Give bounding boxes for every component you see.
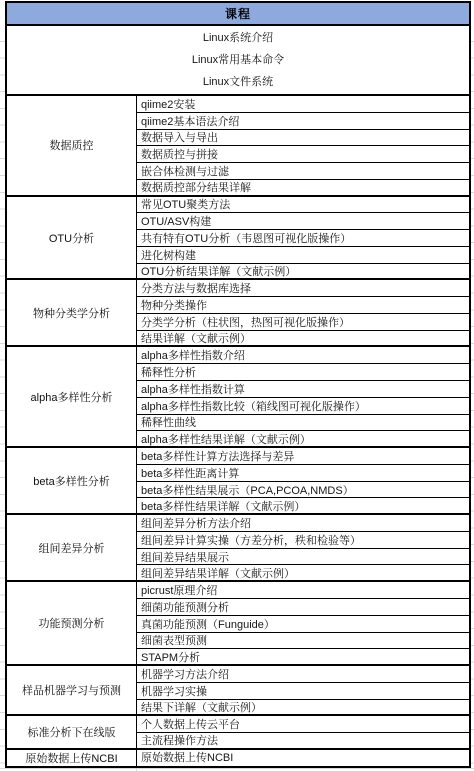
course-section: 标准分析下在线版 个人数据上传云平台 主流程操作方法 bbox=[7, 716, 469, 750]
category-cell[interactable]: 物种分类学分析 bbox=[7, 280, 137, 345]
item-cell[interactable]: beta多样性距离计算 bbox=[137, 465, 469, 482]
intro-line: Linux常用基本命令 bbox=[192, 49, 284, 71]
course-section: 原始数据上传NCBI 原始数据上传NCBI bbox=[7, 750, 469, 766]
item-cell[interactable]: beta多样性结果详解（文献示例） bbox=[137, 498, 469, 513]
item-cell[interactable]: 分类方法与数据库选择 bbox=[137, 280, 469, 297]
item-cell[interactable]: 常见OTU聚类方法 bbox=[137, 197, 469, 214]
category-cell[interactable]: beta多样性分析 bbox=[7, 448, 137, 513]
section-items: beta多样性计算方法选择与差异 beta多样性距离计算 beta多样性结果展示… bbox=[137, 448, 469, 513]
item-cell[interactable]: qiime2基本语法介绍 bbox=[137, 113, 469, 130]
item-cell[interactable]: 分类学分析（柱状图，热图可视化版操作） bbox=[137, 314, 469, 331]
section-items: qiime2安装 qiime2基本语法介绍 数据导入与导出 数据质控与拼接 嵌合… bbox=[137, 96, 469, 195]
category-cell[interactable]: 功能预测分析 bbox=[7, 582, 137, 664]
category-cell[interactable]: 样品机器学习与预测 bbox=[7, 666, 137, 714]
section-items: 原始数据上传NCBI bbox=[137, 750, 469, 766]
category-cell[interactable]: alpha多样性分析 bbox=[7, 347, 137, 446]
item-cell[interactable]: 机器学习实操 bbox=[137, 683, 469, 700]
item-cell[interactable]: 组间差异结果详解（文献示例） bbox=[137, 565, 469, 580]
course-section: 样品机器学习与预测 机器学习方法介绍 机器学习实操 结果下详解（文献示例） bbox=[7, 666, 469, 716]
category-cell[interactable]: 数据质控 bbox=[7, 96, 137, 195]
margin-gridline-bottom bbox=[0, 768, 474, 769]
course-section: 数据质控 qiime2安装 qiime2基本语法介绍 数据导入与导出 数据质控与… bbox=[7, 96, 469, 197]
item-cell[interactable]: 细菌功能预测分析 bbox=[137, 599, 469, 616]
intro-line: Linux文件系统 bbox=[203, 71, 273, 93]
item-cell[interactable]: 真菌功能预测（Funguide） bbox=[137, 616, 469, 633]
section-items: 组间差异分析方法介绍 组间差异计算实操（方差分析，秩和检验等） 组间差异结果展示… bbox=[137, 515, 469, 580]
item-cell[interactable]: 稀释性曲线 bbox=[137, 415, 469, 432]
course-section: alpha多样性分析 alpha多样性指数介绍 稀释性分析 alpha多样性指数… bbox=[7, 347, 469, 448]
item-cell[interactable]: 主流程操作方法 bbox=[137, 733, 469, 748]
sections: 数据质控 qiime2安装 qiime2基本语法介绍 数据导入与导出 数据质控与… bbox=[7, 96, 469, 766]
item-cell[interactable]: OTU/ASV构建 bbox=[137, 213, 469, 230]
section-items: 机器学习方法介绍 机器学习实操 结果下详解（文献示例） bbox=[137, 666, 469, 714]
item-cell[interactable]: beta多样性计算方法选择与差异 bbox=[137, 448, 469, 465]
item-cell[interactable]: 结果详解（文献示例） bbox=[137, 331, 469, 346]
course-table: 课程 Linux系统介绍Linux常用基本命令Linux文件系统 数据质控 qi… bbox=[5, 1, 471, 768]
spreadsheet-canvas: 课程 Linux系统介绍Linux常用基本命令Linux文件系统 数据质控 qi… bbox=[0, 0, 474, 771]
category-cell[interactable]: OTU分析 bbox=[7, 197, 137, 279]
item-cell[interactable]: 嵌合体检测与过滤 bbox=[137, 163, 469, 180]
item-cell[interactable]: alpha多样性指数介绍 bbox=[137, 347, 469, 364]
course-section: 功能预测分析 picrust原理介绍 细菌功能预测分析 真菌功能预测（Fungu… bbox=[7, 582, 469, 666]
item-cell[interactable]: 数据质控与拼接 bbox=[137, 146, 469, 163]
section-items: 常见OTU聚类方法 OTU/ASV构建 共有特有OTU分析（韦恩图可视化版操作）… bbox=[137, 197, 469, 279]
item-cell[interactable]: 进化树构建 bbox=[137, 247, 469, 264]
item-cell[interactable]: qiime2安装 bbox=[137, 96, 469, 113]
item-cell[interactable]: beta多样性结果展示（PCA,PCOA,NMDS） bbox=[137, 482, 469, 499]
intro-line: Linux系统介绍 bbox=[203, 27, 273, 49]
item-cell[interactable]: 数据导入与导出 bbox=[137, 130, 469, 147]
section-items: picrust原理介绍 细菌功能预测分析 真菌功能预测（Funguide） 细菌… bbox=[137, 582, 469, 664]
item-cell[interactable]: OTU分析结果详解（文献示例） bbox=[137, 264, 469, 279]
section-items: 个人数据上传云平台 主流程操作方法 bbox=[137, 716, 469, 748]
item-cell[interactable]: alpha多样性指数计算 bbox=[137, 381, 469, 398]
item-cell[interactable]: 组间差异结果展示 bbox=[137, 549, 469, 566]
section-items: alpha多样性指数介绍 稀释性分析 alpha多样性指数计算 alpha多样性… bbox=[137, 347, 469, 446]
item-cell[interactable]: alpha多样性结果详解（文献示例） bbox=[137, 431, 469, 446]
course-section: 组间差异分析 组间差异分析方法介绍 组间差异计算实操（方差分析，秩和检验等） 组… bbox=[7, 515, 469, 582]
item-cell[interactable]: picrust原理介绍 bbox=[137, 582, 469, 599]
item-cell[interactable]: 组间差异分析方法介绍 bbox=[137, 515, 469, 532]
item-cell[interactable]: 物种分类操作 bbox=[137, 297, 469, 314]
intro-cell[interactable]: Linux系统介绍Linux常用基本命令Linux文件系统 bbox=[7, 26, 469, 96]
section-items: 分类方法与数据库选择 物种分类操作 分类学分析（柱状图，热图可视化版操作） 结果… bbox=[137, 280, 469, 345]
course-section: OTU分析 常见OTU聚类方法 OTU/ASV构建 共有特有OTU分析（韦恩图可… bbox=[7, 197, 469, 281]
item-cell[interactable]: 结果下详解（文献示例） bbox=[137, 700, 469, 715]
course-section: 物种分类学分析 分类方法与数据库选择 物种分类操作 分类学分析（柱状图，热图可视… bbox=[7, 280, 469, 347]
table-header-cell[interactable]: 课程 bbox=[7, 3, 469, 26]
item-cell[interactable]: 细菌表型预测 bbox=[137, 633, 469, 650]
item-cell[interactable]: 数据质控部分结果详解 bbox=[137, 180, 469, 195]
item-cell[interactable]: 稀释性分析 bbox=[137, 364, 469, 381]
item-cell[interactable]: 机器学习方法介绍 bbox=[137, 666, 469, 683]
item-cell[interactable]: 组间差异计算实操（方差分析，秩和检验等） bbox=[137, 532, 469, 549]
course-section: beta多样性分析 beta多样性计算方法选择与差异 beta多样性距离计算 b… bbox=[7, 448, 469, 515]
item-cell[interactable]: 个人数据上传云平台 bbox=[137, 716, 469, 733]
item-cell[interactable]: 共有特有OTU分析（韦恩图可视化版操作） bbox=[137, 230, 469, 247]
category-cell[interactable]: 标准分析下在线版 bbox=[7, 716, 137, 748]
item-cell[interactable]: alpha多样性指数比较（箱线图可视化版操作） bbox=[137, 398, 469, 415]
item-cell[interactable]: 原始数据上传NCBI bbox=[137, 750, 469, 765]
category-cell[interactable]: 原始数据上传NCBI bbox=[7, 750, 137, 766]
category-cell[interactable]: 组间差异分析 bbox=[7, 515, 137, 580]
item-cell[interactable]: STAPM分析 bbox=[137, 649, 469, 664]
